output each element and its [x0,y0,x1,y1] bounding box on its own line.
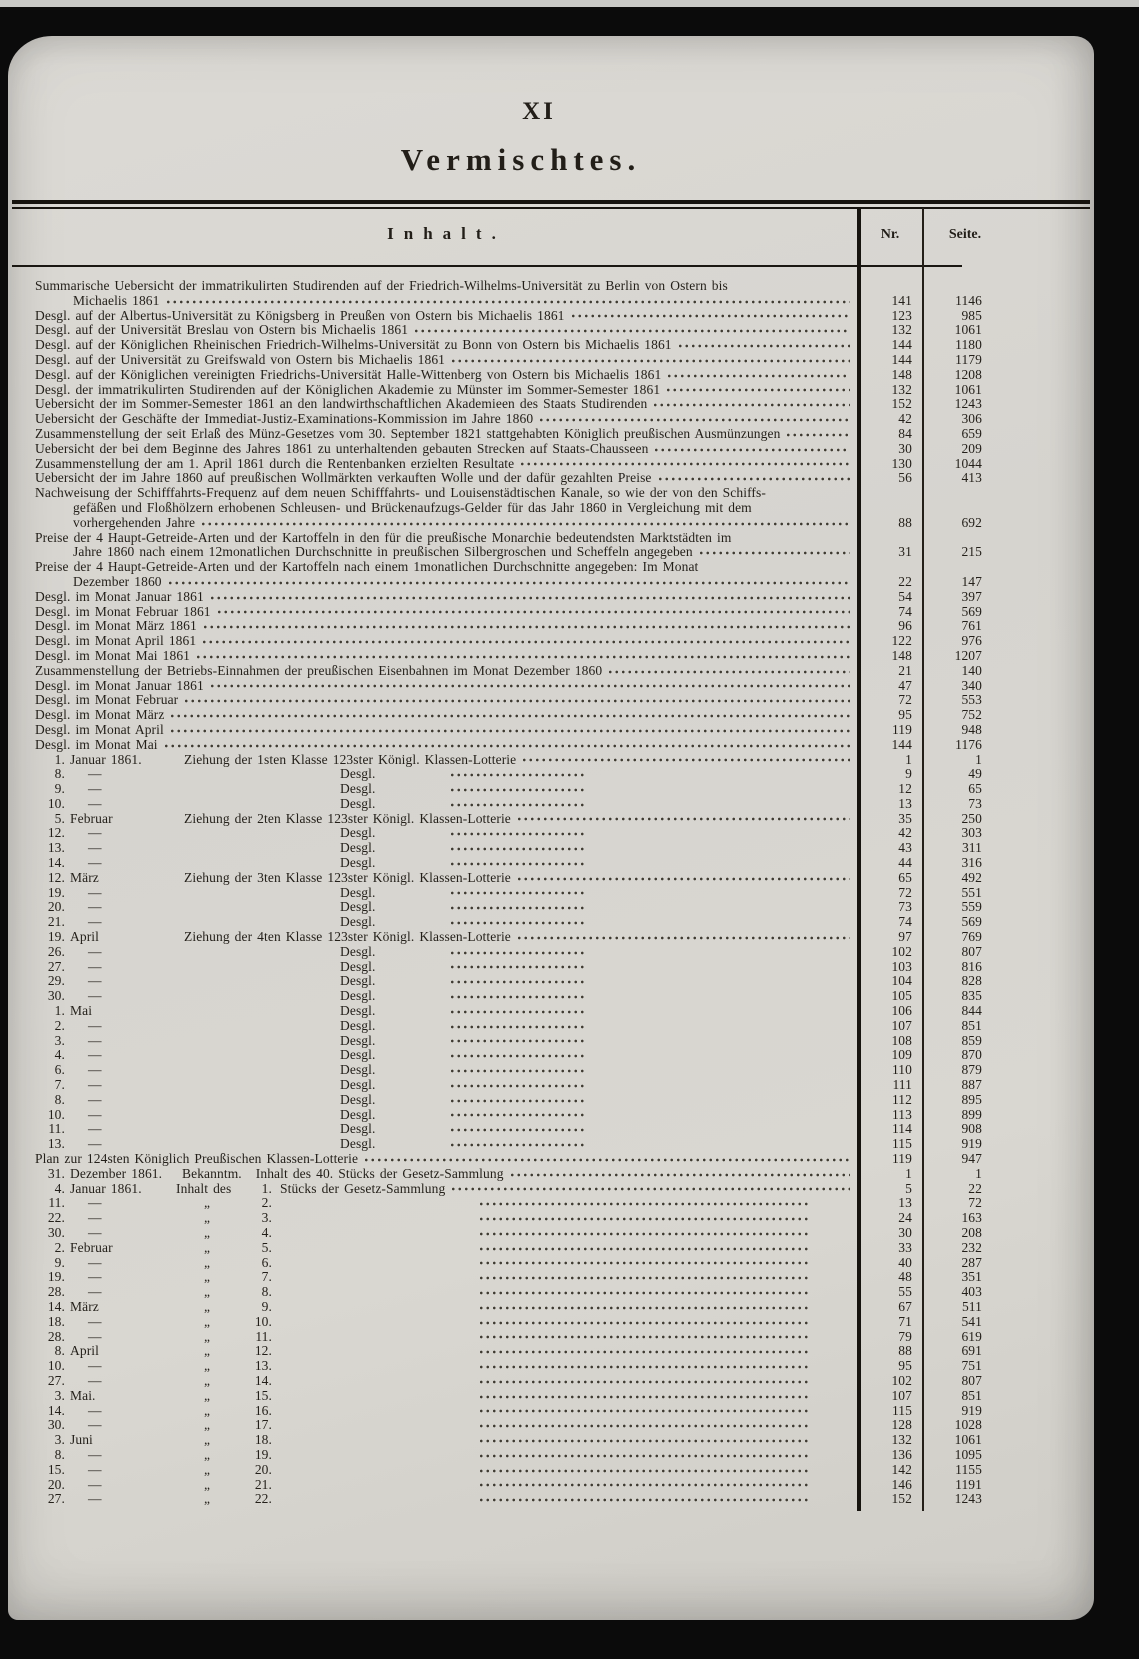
entry-main: Desgl. im Monat Mai [35,738,858,753]
dotted-leader [478,1392,808,1402]
entry-line: 3.Juni„18. [35,1433,858,1448]
spacer [587,1048,858,1063]
spacer [272,1418,478,1433]
seite-value: 895 [928,1093,1008,1108]
nr-value: 107 [858,1019,928,1034]
dotted-leader [785,430,850,440]
nr-value: 95 [858,708,928,723]
table-row: 12.—Desgl.42303 [35,826,1008,841]
date-month: Februar [70,1241,172,1256]
dotted-leader [478,1288,808,1298]
entry-main: Uebersicht der im Sommer-Semester 1861 a… [35,397,858,412]
date-month: — [70,1137,172,1152]
entry-main: Desgl. auf der Königlichen vereinigten F… [35,368,858,383]
ditto-text: Desgl. [340,1019,375,1034]
entry-main: Desgl. im Monat Mai 1861 [35,649,858,664]
nr-value: 73 [858,900,928,915]
dotted-leader [449,829,587,839]
entry-main: 30.—Desgl. [35,989,858,1004]
nr-value: 13 [858,1196,928,1211]
date-month: — [70,797,172,812]
stueck-number: 2. [246,1196,272,1211]
entry-line: Desgl. auf der Königlichen Rheinischen F… [35,338,858,353]
ditto-text: Desgl. [340,960,375,975]
seite-value: 1180 [928,338,1008,353]
table-row: 11.—„2.1372 [35,1196,1008,1211]
date-month: — [70,915,172,930]
dotted-leader [478,1377,808,1387]
entry-line: Desgl. der immatrikulirten Studirenden a… [35,383,858,398]
spacer [808,1285,858,1300]
date-month: — [70,1330,172,1345]
seite-value: 1179 [928,353,1008,368]
dotted-leader [165,297,850,307]
table-row: 19.—„7.48351 [35,1270,1008,1285]
nr-value: 65 [858,871,928,886]
ditto-text: Desgl. [340,767,375,782]
column-header-inhalt: Inhalt. [35,224,858,244]
entry-text: Dezember 1860 [73,575,162,590]
table-row: 31.Dezember 1861.Bekanntm.Inhalt des 40.… [35,1167,1008,1182]
seite-value: 691 [928,1344,1008,1359]
spacer [587,989,858,1004]
nr-value: 104 [858,974,928,989]
entry-line: Desgl. im Monat April [35,723,858,738]
spacer [272,1241,478,1256]
spacer [587,1034,858,1049]
entry-line: 8.—„19. [35,1448,858,1463]
entry-main: 8.—Desgl. [35,1093,858,1108]
nr-value: 144 [858,738,928,753]
nr-value: 74 [858,915,928,930]
dotted-leader [653,445,850,455]
date-day: 27. [35,1492,65,1507]
entry-line: 12.—Desgl. [35,826,858,841]
entry-main: 4.Januar 1861.Inhalt des1.Stücks der Ges… [35,1182,858,1197]
entry-line: Uebersicht der Geschäfte der Immediat-Ju… [35,412,858,427]
date-month: — [70,826,172,841]
entry-main: 30.—„4. [35,1226,858,1241]
dotted-leader [450,1184,850,1194]
table-row: 14.—„16.115919 [35,1404,1008,1419]
dotted-leader [449,1096,587,1106]
table-row: Desgl. auf der Königlichen Rheinischen F… [35,338,1008,353]
date-day: 8. [35,767,65,782]
nr-value: 40 [858,1256,928,1271]
entry-main: 10.—Desgl. [35,797,858,812]
dotted-leader [478,1495,808,1505]
entry-main: Plan zur 124sten Königlich Preußischen K… [35,1152,858,1167]
entry-main: Desgl. auf der Albertus-Universität zu K… [35,309,858,324]
entry-main: Uebersicht der Geschäfte der Immediat-Ju… [35,412,858,427]
spacer [587,1108,858,1123]
table-row: 27.—Desgl.103816 [35,960,1008,975]
entry-line: 31.Dezember 1861.Bekanntm.Inhalt des 40.… [35,1167,858,1182]
dotted-leader [516,874,850,884]
nr-value: 44 [858,856,928,871]
entry-line: Jahre 1860 nach einem 12monatlichen Durc… [35,545,858,560]
nr-value: 33 [858,1241,928,1256]
entry-line: Uebersicht der im Jahre 1860 auf preußis… [35,471,858,486]
entry-main: 20.—„21. [35,1478,858,1493]
entry-line: Desgl. auf der Königlichen vereinigten F… [35,368,858,383]
date-month: — [70,1093,172,1108]
entry-line: Desgl. auf der Universität zu Greifswald… [35,353,858,368]
date-day: 19. [35,930,65,945]
entry-text: gefäßen und Floßhölzern erhobenen Schleu… [73,501,752,516]
dotted-leader [449,844,587,854]
nr-value: 55 [858,1285,928,1300]
nr-value: 43 [858,841,928,856]
seite-value: 22 [928,1182,1008,1197]
ditto-mark: „ [176,1196,246,1211]
date-day: 9. [35,782,65,797]
spacer [808,1418,858,1433]
dotted-leader [478,1199,808,1209]
date-day: 3. [35,1034,65,1049]
ditto-mark: „ [176,1256,246,1271]
entry-main: 27.—„22. [35,1492,858,1507]
entry-main: Zusammenstellung der am 1. April 1861 du… [35,457,858,472]
entry-main: 27.—Desgl. [35,960,858,975]
entry-main: Zusammenstellung der seit Erlaß des Münz… [35,427,858,442]
seite-value: 140 [928,664,1008,679]
seite-value: 511 [928,1300,1008,1315]
entry-line: 1.Januar 1861.Ziehung der 1sten Klasse 1… [35,753,858,768]
date-day: 14. [35,1300,65,1315]
stueck-number: 12. [246,1344,272,1359]
nr-value: 122 [858,634,928,649]
seite-value: 397 [928,590,1008,605]
ditto-text: Desgl. [340,856,375,871]
entry-main: Desgl. im Monat Februar [35,693,858,708]
entry-line: Desgl. auf der Universität Breslau von O… [35,323,858,338]
seite-value: 553 [928,693,1008,708]
entry-main: 1.MaiDesgl. [35,1004,858,1019]
entry-text: Desgl. der immatrikulirten Studirenden a… [35,383,660,398]
entry-line: Zusammenstellung der seit Erlaß des Münz… [35,427,858,442]
ditto-text: Desgl. [340,1048,375,1063]
date-month: — [70,1078,172,1093]
entry-line: 5.FebruarZiehung der 2ten Klasse 123ster… [35,812,858,827]
date-month: März [70,871,172,886]
nr-value: 1 [858,753,928,768]
spacer [587,1122,858,1137]
table-row: 20.—Desgl.73559 [35,900,1008,915]
date-day: 14. [35,1404,65,1419]
entry-line: Dezember 1860 [35,575,858,590]
dotted-leader [201,637,850,647]
entry-main: Desgl. auf der Universität Breslau von O… [35,323,858,338]
entry-text: Desgl. im Monat März [35,708,164,723]
dotted-leader [450,356,850,366]
ditto-text: Desgl. [340,1034,375,1049]
date-month: — [70,856,172,871]
ditto-mark: „ [176,1344,246,1359]
ditto-text: Desgl. [340,1122,375,1137]
seite-value: 49 [928,767,1008,782]
seite-value: 1207 [928,649,1008,664]
entry-line: 19.—„7. [35,1270,858,1285]
date-day: 10. [35,1359,65,1374]
seite-value: 919 [928,1404,1008,1419]
dotted-leader [163,741,850,751]
table-row: Zusammenstellung der am 1. April 1861 du… [35,457,1008,472]
spacer [587,1063,858,1078]
spacer [808,1433,858,1448]
seite-value: 287 [928,1256,1008,1271]
entry-line: Zusammenstellung der Betriebs-Einnahmen … [35,664,858,679]
nr-value: 42 [858,826,928,841]
entry-main: 28.—„11. [35,1330,858,1345]
nr-value: 130 [858,457,928,472]
table-row: Desgl. im Monat Januar 186147340 [35,679,1008,694]
entry-line: Desgl. im Monat März 1861 [35,619,858,634]
spacer [587,782,858,797]
spacer [272,1256,478,1271]
date-month: — [70,989,172,1004]
spacer [587,797,858,812]
dotted-leader [478,1451,808,1461]
dotted-leader [570,311,850,321]
seite-value: 752 [928,708,1008,723]
nr-value: 21 [858,664,928,679]
spacer [808,1492,858,1507]
date-day: 28. [35,1330,65,1345]
entry-text: Desgl. auf der Königlichen vereinigten F… [35,368,661,383]
spacer [272,1270,478,1285]
spacer [272,1389,478,1404]
seite-value: 209 [928,442,1008,457]
date-day: 15. [35,1463,65,1478]
seite-value: 311 [928,841,1008,856]
seite-value: 1 [928,753,1008,768]
dotted-leader [209,593,850,603]
entry-text: Uebersicht der im Sommer-Semester 1861 a… [35,397,647,412]
spacer [272,1463,478,1478]
ditto-mark: „ [176,1330,246,1345]
table-row: 3.Juni„18.1321061 [35,1433,1008,1448]
dotted-leader [449,1022,587,1032]
nr-value: 95 [858,1359,928,1374]
date-month: — [70,886,172,901]
entry-line: 30.—„17. [35,1418,858,1433]
date-day: 20. [35,1478,65,1493]
nr-value: 114 [858,1122,928,1137]
nr-value: 148 [858,368,928,383]
nr-value: 144 [858,353,928,368]
dotted-leader [677,341,850,351]
ditto-text: Desgl. [340,915,375,930]
entry-main: 14.—„16. [35,1404,858,1419]
entry-line: Desgl. im Monat März [35,708,858,723]
table-row: Desgl. im Monat Januar 186154397 [35,590,1008,605]
entry-main: 6.—Desgl. [35,1063,858,1078]
entry-text: Desgl. im Monat Februar 1861 [35,605,211,620]
seite-value: 899 [928,1108,1008,1123]
dotted-leader [200,519,850,529]
entry-main: Preise der 4 Haupt-Getreide-Arten und de… [35,531,858,561]
entry-main: Zusammenstellung der Betriebs-Einnahmen … [35,664,858,679]
date-day: 4. [35,1048,65,1063]
entry-main: 14.März„9. [35,1300,858,1315]
spacer [587,974,858,989]
seite-value: 1061 [928,323,1008,338]
dotted-leader [478,1214,808,1224]
nr-value: 79 [858,1330,928,1345]
entry-line: 27.—„22. [35,1492,858,1507]
nr-value: 132 [858,1433,928,1448]
table-row: 13.—Desgl.43311 [35,841,1008,856]
table-row: Desgl. auf der Albertus-Universität zu K… [35,309,1008,324]
spacer [272,1285,478,1300]
dotted-leader [363,1155,850,1165]
entry-line: Desgl. im Monat Januar 1861 [35,679,858,694]
section-title: Vermischtes. [0,142,1064,178]
drawing-text: Ziehung der 2ten Klasse 123ster Königl. … [184,812,511,827]
table-row: Uebersicht der im Sommer-Semester 1861 a… [35,397,1008,412]
nr-value: 12 [858,782,928,797]
entry-main: 8.—Desgl. [35,767,858,782]
dotted-leader [202,622,850,632]
table-row: 4.Januar 1861.Inhalt des1.Stücks der Ges… [35,1182,1008,1197]
entry-main: 9.—Desgl. [35,782,858,797]
date-day: 3. [35,1433,65,1448]
stueck-number: 7. [246,1270,272,1285]
spacer [587,945,858,960]
entry-main: Desgl. im Monat März [35,708,858,723]
date-day: 4. [35,1182,65,1197]
table-row: Desgl. im Monat Mai 18611481207 [35,649,1008,664]
entry-line: Desgl. im Monat Februar 1861 [35,605,858,620]
date-month: — [70,782,172,797]
entry-text: Uebersicht der im Jahre 1860 auf preußis… [35,471,652,486]
table-row: 6.—Desgl.110879 [35,1063,1008,1078]
nr-value: 123 [858,309,928,324]
date-month: — [70,1478,172,1493]
entry-main: 15.—„20. [35,1463,858,1478]
seite-value: 1191 [928,1478,1008,1493]
date-month: — [70,960,172,975]
entry-main: 19.AprilZiehung der 4ten Klasse 123ster … [35,930,858,945]
entry-text: Preise der 4 Haupt-Getreide-Arten und de… [35,531,731,546]
date-day: 26. [35,945,65,960]
ditto-text: Desgl. [340,989,375,1004]
ditto-text: Desgl. [340,1078,375,1093]
date-day: 28. [35,1285,65,1300]
entry-text: Desgl. im Monat Januar 1861 [35,679,204,694]
spacer [587,1078,858,1093]
ditto-text: Desgl. [340,797,375,812]
ditto-mark: „ [176,1492,246,1507]
entry-text: Desgl. im Monat Februar [35,693,178,708]
spacer [808,1270,858,1285]
table-row: 4.—Desgl.109870 [35,1048,1008,1063]
table-row: Desgl. im Monat Februar 186174569 [35,605,1008,620]
table-row: Desgl. im Monat April119948 [35,723,1008,738]
seite-value: 559 [928,900,1008,915]
spacer [587,1019,858,1034]
ditto-mark: „ [176,1389,246,1404]
ditto-text: Desgl. [340,1063,375,1078]
entry-main: Summarische Uebersicht der immatrikulirt… [35,279,858,309]
entry-main: Desgl. der immatrikulirten Studirenden a… [35,383,858,398]
nr-value: 112 [858,1093,928,1108]
table-row: 8.April„12.88691 [35,1344,1008,1359]
dotted-leader [167,578,850,588]
date-month: — [70,1374,172,1389]
ditto-mark: „ [176,1315,246,1330]
nr-value: 128 [858,1418,928,1433]
seite-value: 851 [928,1019,1008,1034]
seite-value: 816 [928,960,1008,975]
date-month: — [70,1196,172,1211]
entry-line: 8.—Desgl. [35,767,858,782]
nr-value: 31 [858,545,928,560]
entry-main: Nachweisung der Schifffahrts-Frequenz au… [35,486,858,530]
table-row: 13.—Desgl.115919 [35,1137,1008,1152]
dotted-leader [478,1332,808,1342]
dotted-leader [449,1007,587,1017]
entry-text: Preise der 4 Haupt-Getreide-Arten und de… [35,560,698,575]
entry-line: Nachweisung der Schifffahrts-Frequenz au… [35,486,858,501]
ditto-text: Desgl. [340,1108,375,1123]
entry-line: vorhergehenden Jahre [35,516,858,531]
nr-value: 106 [858,1004,928,1019]
entry-line: 13.—Desgl. [35,1137,858,1152]
dotted-leader [478,1318,808,1328]
spacer [808,1226,858,1241]
ditto-mark: „ [176,1359,246,1374]
entry-main: 2.—Desgl. [35,1019,858,1034]
entry-text: Desgl. im Monat April 1861 [35,634,196,649]
date-day: 9. [35,1256,65,1271]
nr-value: 71 [858,1315,928,1330]
dotted-leader [449,800,587,810]
nr-value: 132 [858,383,928,398]
seite-value: 1146 [928,294,1008,309]
nr-value: 13 [858,797,928,812]
drawing-text: Ziehung der 4ten Klasse 123ster Königl. … [184,930,511,945]
seite-value: 887 [928,1078,1008,1093]
dotted-leader [449,1066,587,1076]
entry-main: 11.—Desgl. [35,1122,858,1137]
entry-line: 15.—„20. [35,1463,858,1478]
nr-value: 132 [858,323,928,338]
dotted-leader [195,652,850,662]
dotted-leader [478,1436,808,1446]
entry-line: 4.—Desgl. [35,1048,858,1063]
table-row: 28.—„8.55403 [35,1285,1008,1300]
date-day: 19. [35,886,65,901]
nr-value: 144 [858,338,928,353]
ditto-mark: „ [176,1374,246,1389]
ditto-text: Desgl. [340,826,375,841]
announcement-label: Bekanntm. [182,1167,242,1182]
entry-line: 4.Januar 1861.Inhalt des1.Stücks der Ges… [35,1182,858,1197]
nr-value: 35 [858,812,928,827]
date-day: 5. [35,812,65,827]
entry-text: vorhergehenden Jahre [73,516,195,531]
entry-main: 1.Januar 1861.Ziehung der 1sten Klasse 1… [35,753,858,768]
table-row: Zusammenstellung der seit Erlaß des Münz… [35,427,1008,442]
spacer [272,1448,478,1463]
spacer [808,1256,858,1271]
entry-line: 13.—Desgl. [35,841,858,856]
dotted-leader [449,1110,587,1120]
ditto-text: Desgl. [340,782,375,797]
table-row: Desgl. im Monat Februar72553 [35,693,1008,708]
